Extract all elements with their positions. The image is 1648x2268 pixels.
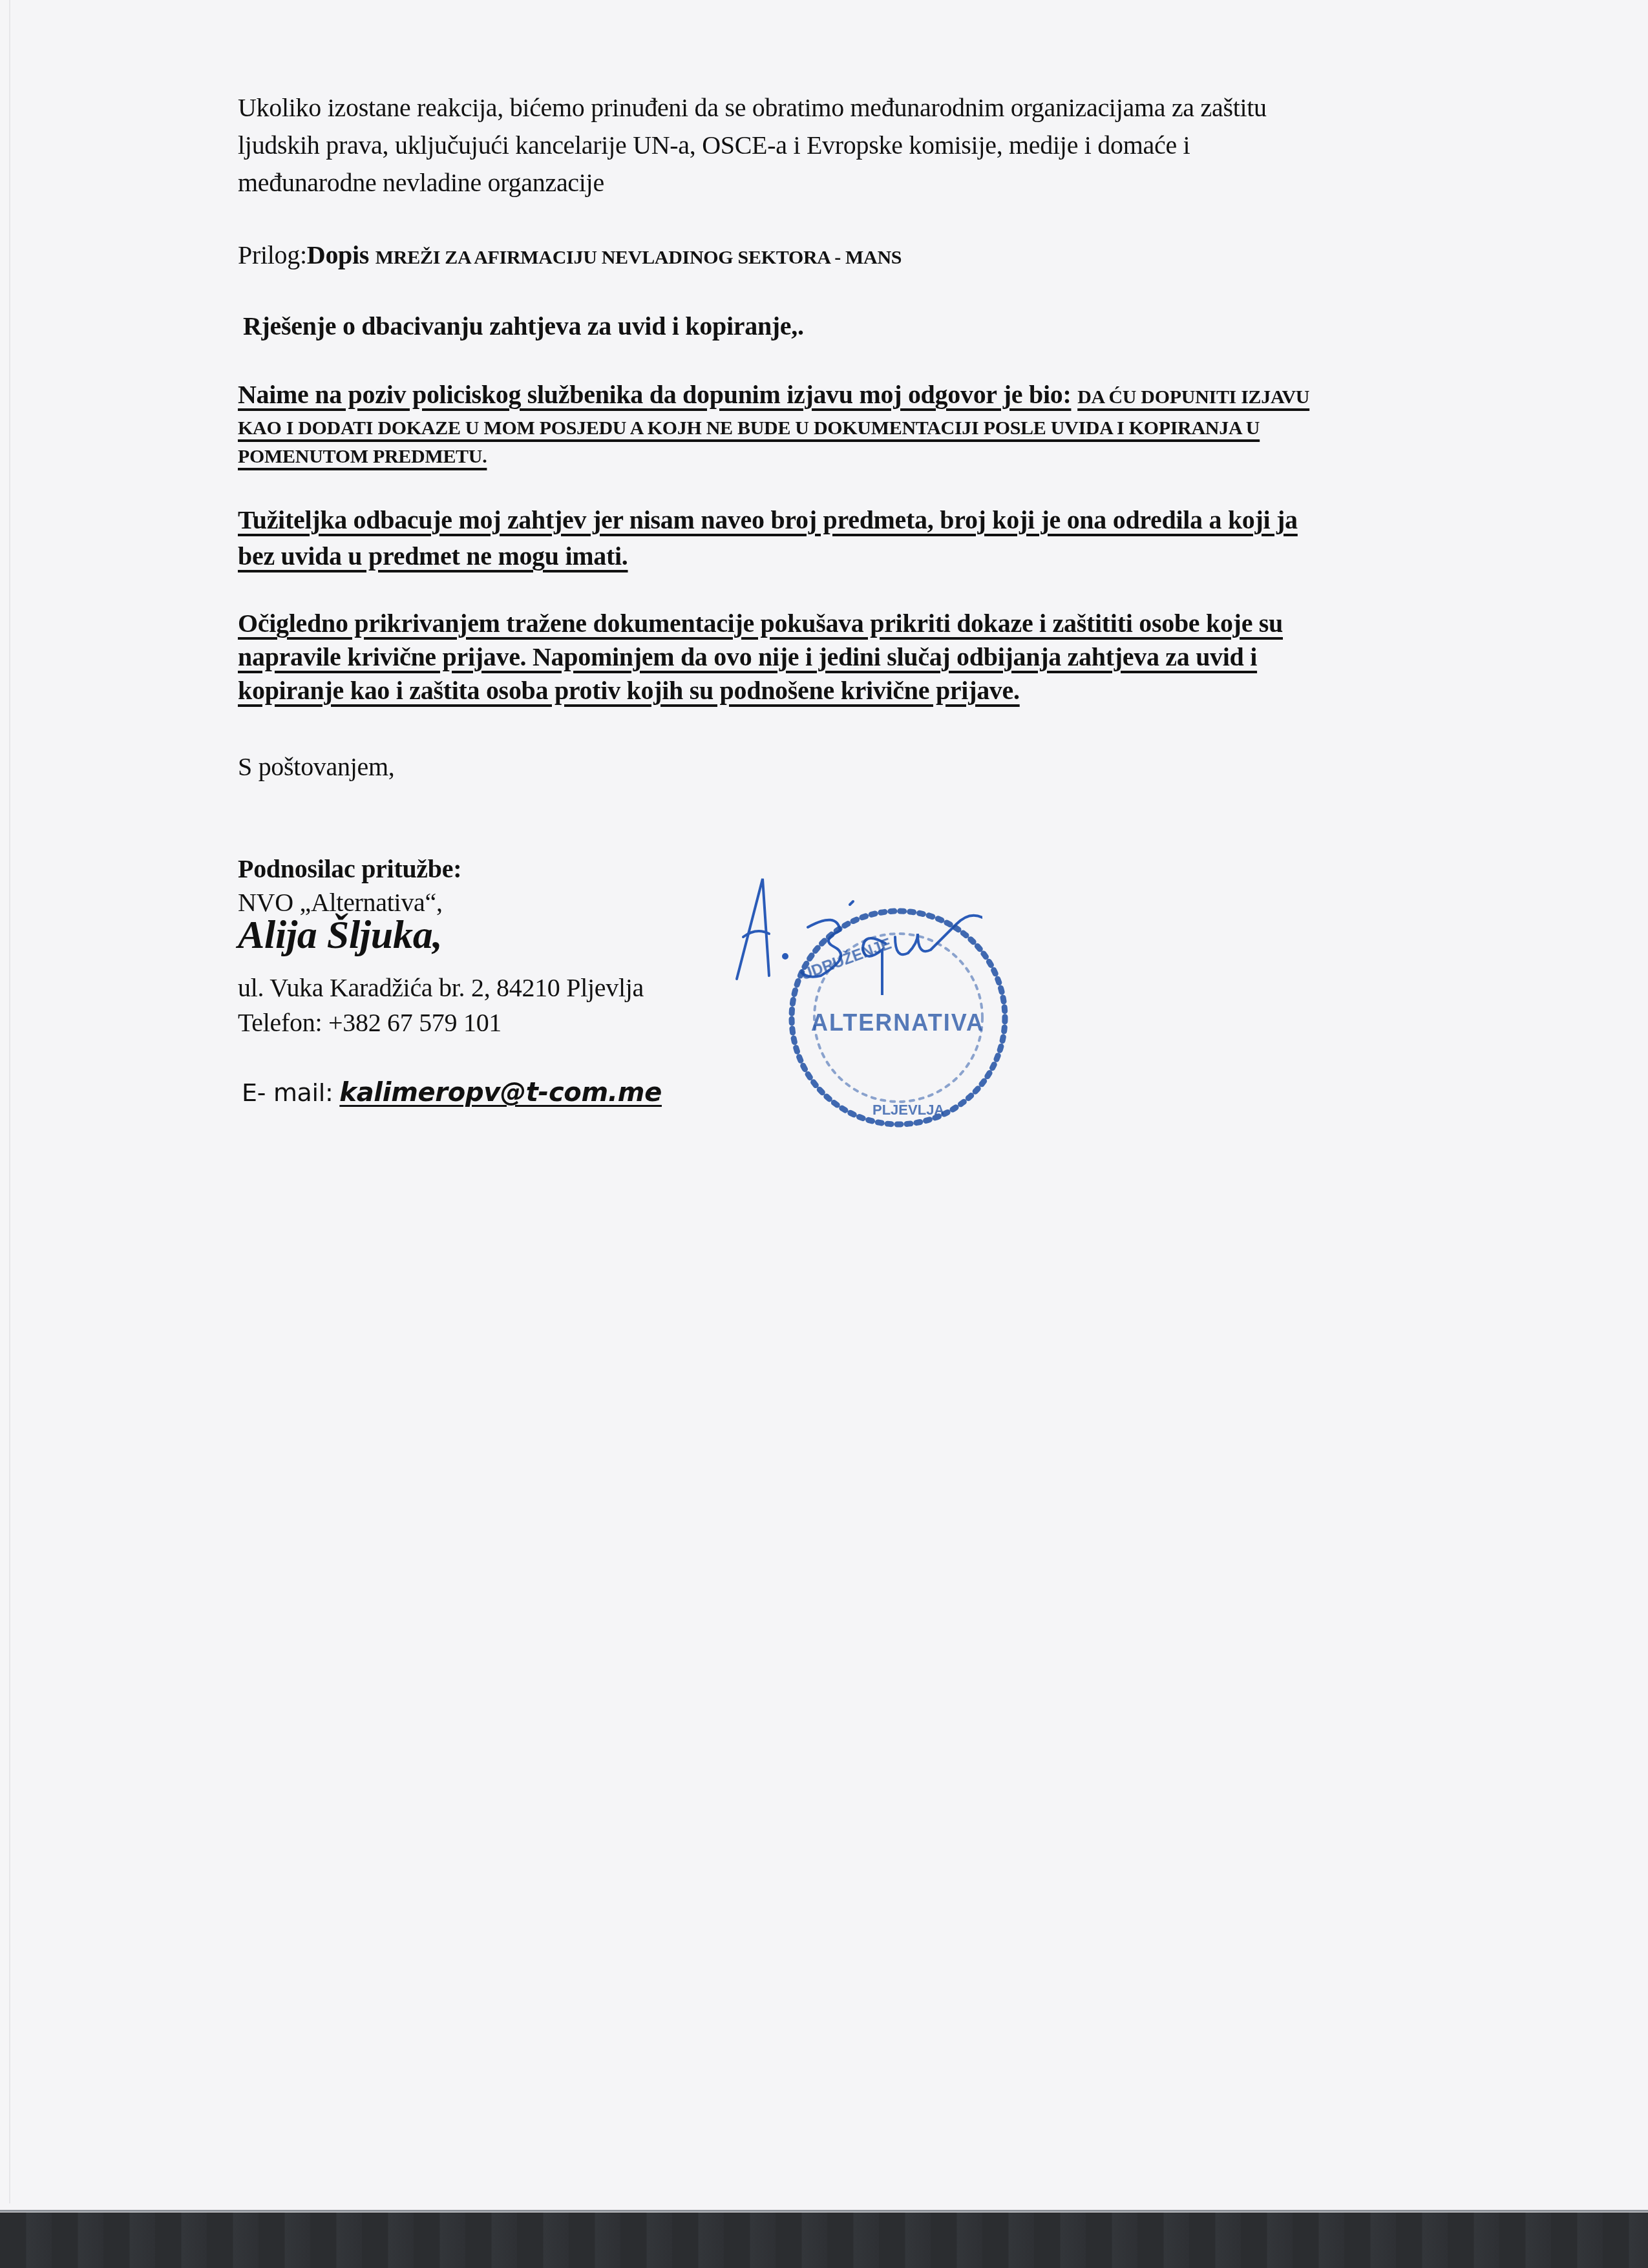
- sender-address: ul. Vuka Karadžića br. 2, 84210 Pljevlja: [238, 971, 644, 1005]
- attachment-line: Prilog:Dopis MREŽI ZA AFIRMACIJU NEVLADI…: [238, 238, 902, 275]
- prosecutor-line: bez uvida u predmet ne mogu imati.: [238, 539, 628, 574]
- concealment-line: napravile krivične prijave. Napominjem d…: [238, 640, 1257, 675]
- attachment-label: Prilog:: [238, 240, 307, 269]
- closing: S poštovanjem,: [238, 750, 394, 784]
- paragraph-line: međunarodne nevladine organzacije: [238, 165, 604, 200]
- prosecutor-line: Tužiteljka odbacuje moj zahtjev jer nisa…: [238, 503, 1298, 538]
- email-link[interactable]: kalimeropv@t-com.me: [339, 1078, 662, 1108]
- police-caps-2: KAO I DODATI DOKAZE U MOM POSJEDU A KOJH…: [238, 417, 1260, 439]
- scanner-background: [0, 2212, 1648, 2268]
- police-caps-3: POMENUTOM PREDMETU.: [238, 446, 487, 467]
- round-ink-stamp-icon: ALTERNATIVA UDRUŽENJE PLJEVLJA: [776, 892, 1021, 1137]
- email-label: E- mail:: [242, 1078, 333, 1107]
- svg-text:PLJEVLJA: PLJEVLJA: [872, 1102, 944, 1118]
- scanned-page: Ukoliko izostane reakcija, bićemo prinuđ…: [0, 0, 1648, 2212]
- paragraph-line: ljudskih prava, uključujući kancelarije …: [238, 128, 1190, 163]
- svg-text:UDRUŽENJE: UDRUŽENJE: [799, 934, 894, 983]
- police-caps-1: DA ĆU DOPUNITI IZJAVU: [1077, 386, 1309, 408]
- svg-text:ALTERNATIVA: ALTERNATIVA: [811, 1009, 984, 1036]
- police-lead: Naime na poziv policiskog službenika da …: [238, 380, 1071, 409]
- attachment-second-item: Rješenje o dbacivanju zahtjeva za uvid i…: [243, 309, 804, 344]
- attachment-title-caps: MREŽI ZA AFIRMACIJU NEVLADINOG SEKTORA -…: [375, 247, 902, 268]
- sender-name: Alija Šljuka,: [238, 918, 443, 952]
- sender-phone: Telefon: +382 67 579 101: [238, 1005, 502, 1040]
- sender-email-line: E- mail: kalimeropv@t-com.me: [242, 1075, 662, 1110]
- concealment-line: Očigledno prikrivanjem tražene dokumenta…: [238, 606, 1283, 641]
- concealment-line: kopiranje kao i zaštita osoba protiv koj…: [238, 673, 1020, 708]
- paragraph-line: Ukoliko izostane reakcija, bićemo prinuđ…: [238, 90, 1267, 125]
- attachment-title: Dopis: [307, 240, 369, 269]
- police-paragraph-line-3: POMENUTOM PREDMETU.: [238, 437, 487, 474]
- sender-heading: Podnosilac pritužbe:: [238, 852, 461, 887]
